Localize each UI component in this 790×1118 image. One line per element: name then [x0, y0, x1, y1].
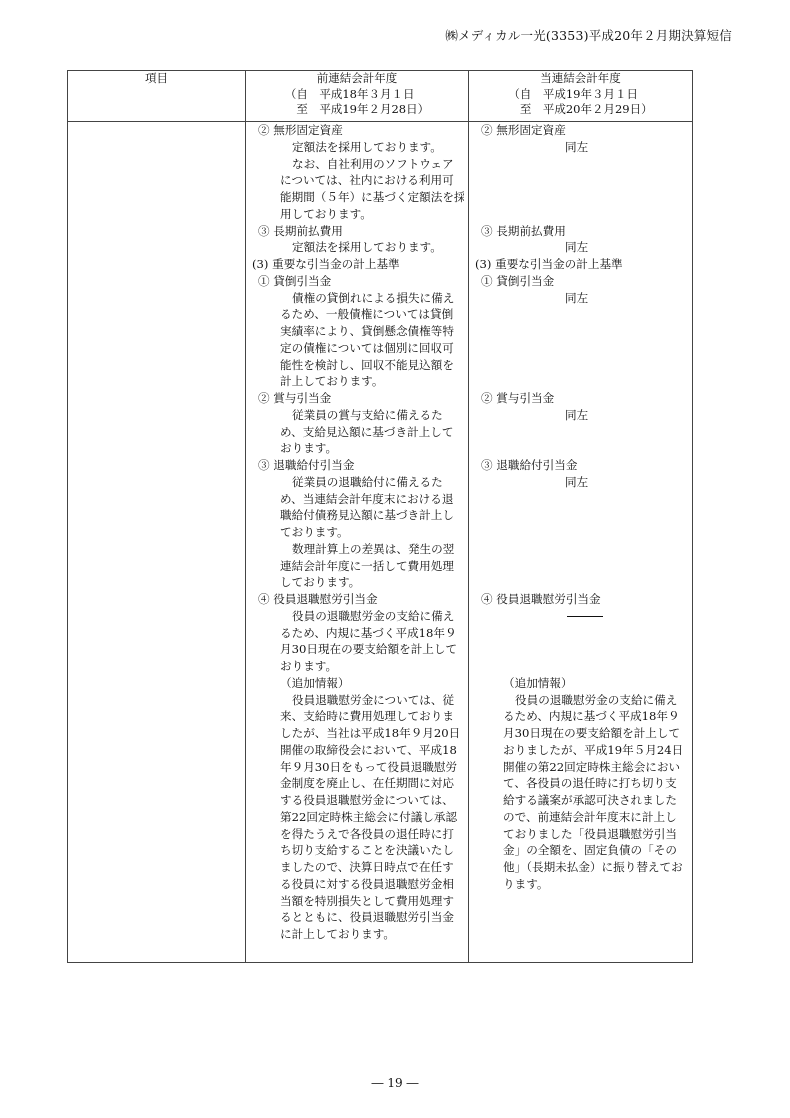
blank-line [475, 574, 688, 591]
previous-period-text: ② 無形固定資産定額法を採用しております。なお、自社利用のソフトウェアについては… [246, 122, 468, 943]
blank-line [475, 491, 688, 508]
blank-line [475, 206, 688, 223]
blank-line [475, 507, 688, 524]
text-line: 数理計算上の差異は、発生の翌 [252, 541, 464, 558]
text-line: ましたので、決算日時点で在任す [252, 859, 464, 876]
blank-line [475, 323, 688, 340]
blank-line [475, 172, 688, 189]
text-line: ので、前連結会計年度末に計上し [475, 809, 688, 826]
text-line: 連結会計年度に一括して費用処理 [252, 558, 464, 575]
text-line: 従業員の賞与支給に備えるた [252, 407, 464, 424]
text-line: 役員の退職慰労金の支給に備え [475, 692, 688, 709]
blank-line [475, 340, 688, 357]
text-line: 定額法を採用しております。 [252, 239, 464, 256]
text-line: を得たうえで各役員の退任時に打 [252, 826, 464, 843]
text-line: 定の債権については個別に回収可 [252, 340, 464, 357]
text-line: て、各役員の退任時に打ち切り支 [475, 775, 688, 792]
header-current-from: （自 平成19年３月１日 [508, 87, 652, 103]
text-line: 当額を特別損失として費用処理す [252, 893, 464, 910]
text-line: 金制度を廃止し、在任期間に対応 [252, 775, 464, 792]
text-line: 開催の第22回定時株主総会におい [475, 759, 688, 776]
text-line: るため、内規に基づく平成18年９ [252, 625, 464, 642]
section-heading: (3) 重要な引当金の計上基準 [475, 256, 688, 273]
item-cell [68, 122, 246, 963]
text-line: に計上しております。 [252, 926, 464, 943]
text-line: については、社内における利用可 [252, 172, 464, 189]
text-line: 役員退職慰労金については、従 [252, 692, 464, 709]
text-line: 職給付債務見込額に基づき計上し [252, 507, 464, 524]
section-heading: ④ 役員退職慰労引当金 [475, 591, 688, 608]
same-as-left-note: 同左 [475, 139, 688, 156]
text-line: るため、内規に基づく平成18年９ [475, 708, 688, 725]
section-heading: ② 無形固定資産 [252, 122, 464, 139]
text-line: 従業員の退職給付に備えるた [252, 474, 464, 491]
blank-line [475, 524, 688, 541]
text-line: ち切り支給することを決議いたし [252, 842, 464, 859]
blank-line [475, 156, 688, 173]
text-line: 年９月30日をもって役員退職慰労 [252, 759, 464, 776]
text-line: 開催の取締役会において、平成18 [252, 742, 464, 759]
not-applicable-dash [475, 608, 688, 625]
text-line: したが、当社は平成18年９月20日 [252, 725, 464, 742]
text-line: 来、支給時に費用処理しておりま [252, 708, 464, 725]
text-line: 債権の貸倒れによる損失に備え [252, 290, 464, 307]
text-line: め、支給見込額に基づき計上して [252, 424, 464, 441]
same-as-left-note: 同左 [475, 290, 688, 307]
text-line: 他」（長期未払金）に振り替えてお [475, 859, 688, 876]
blank-line [475, 558, 688, 575]
blank-line [475, 658, 688, 675]
table-body-row: ② 無形固定資産定額法を採用しております。なお、自社利用のソフトウェアについては… [68, 122, 693, 963]
text-line: おります。 [252, 658, 464, 675]
header-previous-to: 至 平成19年２月28日） [285, 102, 429, 118]
section-heading: ③ 長期前払費用 [252, 223, 464, 240]
text-line: 金」の全額を、固定負債の「その [475, 842, 688, 859]
header-current-range: （自 平成19年３月１日 至 平成20年２月29日） [508, 87, 652, 118]
text-line: （追加情報） [252, 675, 464, 692]
section-heading: ③ 退職給付引当金 [475, 457, 688, 474]
text-line: 第22回定時株主総会に付議し承認 [252, 809, 464, 826]
accounting-policy-table: 項目 前連結会計年度 （自 平成18年３月１日 至 平成19年２月28日） 当連… [67, 70, 693, 963]
header-previous-from: （自 平成18年３月１日 [285, 87, 429, 103]
running-head: ㈱メディカル一光(3353)平成20年２月期決算短信 [445, 26, 732, 44]
section-heading: ① 貸倒引当金 [475, 273, 688, 290]
text-line: する役員退職慰労金については、 [252, 792, 464, 809]
section-heading: ③ 長期前払費用 [475, 223, 688, 240]
text-line: ております。 [252, 524, 464, 541]
text-line: 月30日現在の要支給額を計上して [475, 725, 688, 742]
header-previous-title: 前連結会計年度 [246, 71, 468, 87]
header-current-to: 至 平成20年２月29日） [508, 102, 652, 118]
text-line: しております。 [252, 574, 464, 591]
text-line: 実績率により、貸倒懸念債権等特 [252, 323, 464, 340]
text-line: 能期間（５年）に基づく定額法を採 [252, 189, 464, 206]
page-number: ― 19 ― [0, 1076, 790, 1090]
text-line: るため、一般債権については貸倒 [252, 306, 464, 323]
blank-line [475, 357, 688, 374]
section-heading: ② 賞与引当金 [252, 390, 464, 407]
text-line: ります。 [475, 876, 688, 893]
blank-line [475, 424, 688, 441]
dash-line [567, 616, 603, 617]
text-line: 給する議案が承認可決されました [475, 792, 688, 809]
table-header-row: 項目 前連結会計年度 （自 平成18年３月１日 至 平成19年２月28日） 当連… [68, 71, 693, 122]
current-period-text: ② 無形固定資産同左③ 長期前払費用同左(3) 重要な引当金の計上基準① 貸倒引… [469, 122, 692, 893]
section-heading: (3) 重要な引当金の計上基準 [252, 256, 464, 273]
text-line: るとともに、役員退職慰労引当金 [252, 909, 464, 926]
blank-line [475, 189, 688, 206]
section-heading: ③ 退職給付引当金 [252, 457, 464, 474]
section-heading: ② 賞与引当金 [475, 390, 688, 407]
header-previous-period: 前連結会計年度 （自 平成18年３月１日 至 平成19年２月28日） [246, 71, 469, 122]
blank-line [475, 541, 688, 558]
text-line: 役員の退職慰労金の支給に備え [252, 608, 464, 625]
text-line: 月30日現在の要支給額を計上して [252, 641, 464, 658]
same-as-left-note: 同左 [475, 407, 688, 424]
blank-line [475, 440, 688, 457]
section-heading: ① 貸倒引当金 [252, 273, 464, 290]
header-item: 項目 [68, 71, 246, 122]
text-line: おります。 [252, 440, 464, 457]
text-line: おりましたが、平成19年５月24日 [475, 742, 688, 759]
text-line: 用しております。 [252, 206, 464, 223]
previous-period-cell: ② 無形固定資産定額法を採用しております。なお、自社利用のソフトウェアについては… [246, 122, 469, 963]
section-heading: ④ 役員退職慰労引当金 [252, 591, 464, 608]
text-line: ておりました「役員退職慰労引当 [475, 826, 688, 843]
header-previous-range: （自 平成18年３月１日 至 平成19年２月28日） [285, 87, 429, 118]
text-line: 能性を検討し、回収不能見込額を [252, 357, 464, 374]
section-heading: ② 無形固定資産 [475, 122, 688, 139]
text-line: なお、自社利用のソフトウェア [252, 156, 464, 173]
same-as-left-note: 同左 [475, 239, 688, 256]
blank-line [475, 641, 688, 658]
text-line: る役員に対する役員退職慰労金相 [252, 876, 464, 893]
header-current-period: 当連結会計年度 （自 平成19年３月１日 至 平成20年２月29日） [469, 71, 693, 122]
text-line: （追加情報） [475, 675, 688, 692]
blank-line [475, 373, 688, 390]
header-current-title: 当連結会計年度 [469, 71, 692, 87]
same-as-left-note: 同左 [475, 474, 688, 491]
blank-line [475, 306, 688, 323]
blank-line [475, 625, 688, 642]
text-line: 定額法を採用しております。 [252, 139, 464, 156]
text-line: 計上しております。 [252, 373, 464, 390]
current-period-cell: ② 無形固定資産同左③ 長期前払費用同左(3) 重要な引当金の計上基準① 貸倒引… [469, 122, 693, 963]
text-line: め、当連結会計年度末における退 [252, 491, 464, 508]
